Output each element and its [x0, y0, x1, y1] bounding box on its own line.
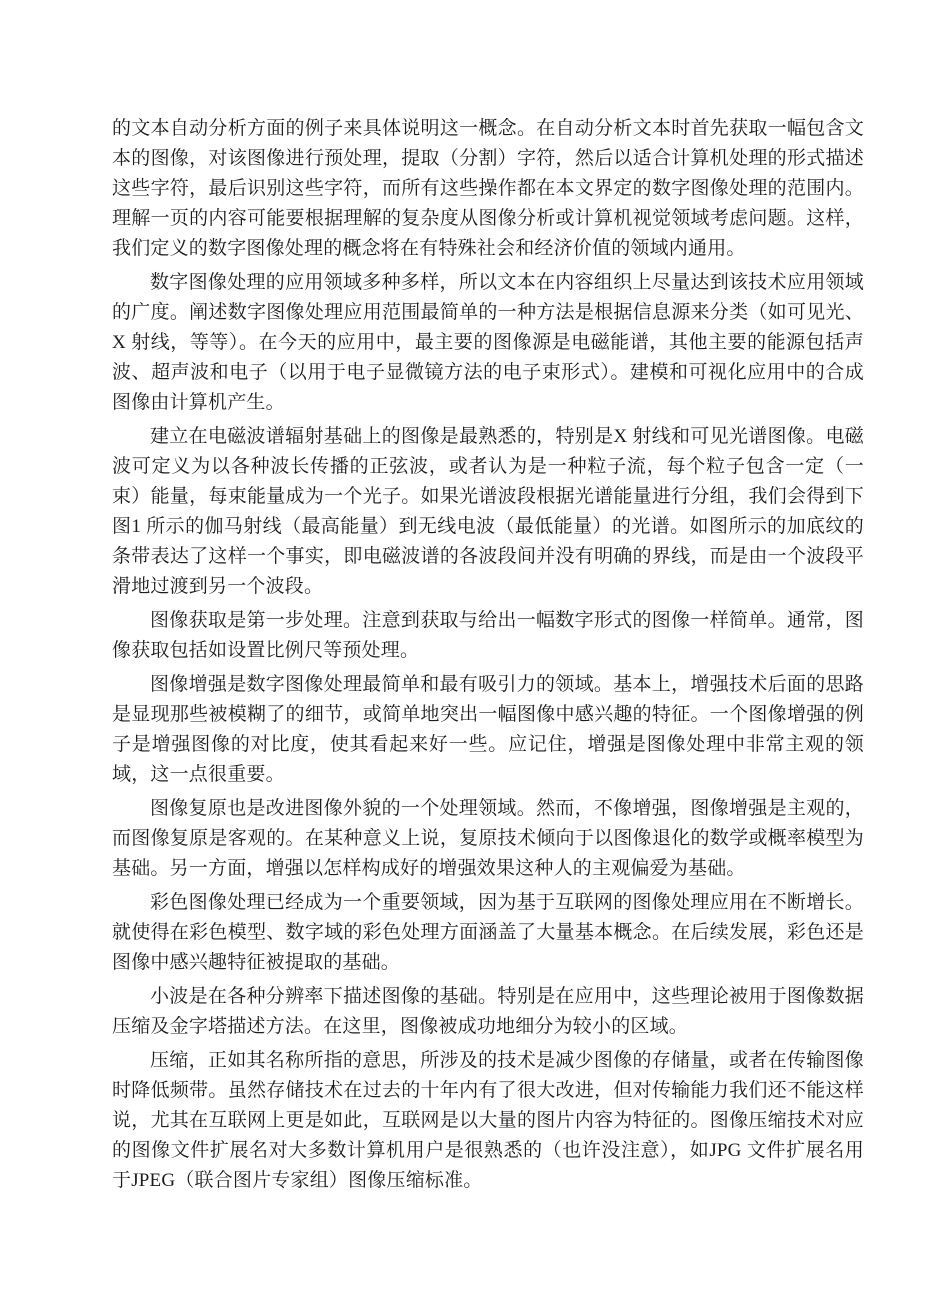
paragraph-application-fields: 数字图像处理的应用领域多种多样，所以文本在内容组织上尽量达到该技术应用领域的广度…	[112, 268, 864, 418]
paragraph-compression: 压缩，正如其名称所指的意思，所涉及的技术是减少图像的存储量，或者在传输图像时降低…	[112, 1046, 864, 1196]
paragraph-wavelets: 小波是在各种分辨率下描述图像的基础。特别是在应用中，这些理论被用于图像数据压缩及…	[112, 982, 864, 1042]
paragraph-image-restoration: 图像复原也是改进图像外貌的一个处理领域。然而，不像增强，图像增强是主观的，而图像…	[112, 794, 864, 884]
paragraph-image-acquisition: 图像获取是第一步处理。注意到获取与给出一幅数字形式的图像一样简单。通常，图像获取…	[112, 606, 864, 666]
document-page: 的文本自动分析方面的例子来具体说明这一概念。在自动分析文本时首先获取一幅包含文本…	[0, 0, 926, 1309]
paragraph-em-spectrum: 建立在电磁波谱辐射基础上的图像是最熟悉的，特别是X 射线和可见光谱图像。电磁波可…	[112, 422, 864, 602]
paragraph-image-enhancement: 图像增强是数字图像处理最简单和最有吸引力的领域。基本上，增强技术后面的思路是显现…	[112, 670, 864, 790]
paragraph-continuation: 的文本自动分析方面的例子来具体说明这一概念。在自动分析文本时首先获取一幅包含文本…	[112, 114, 864, 264]
paragraph-color-processing: 彩色图像处理已经成为一个重要领域，因为基于互联网的图像处理应用在不断增长。就使得…	[112, 888, 864, 978]
